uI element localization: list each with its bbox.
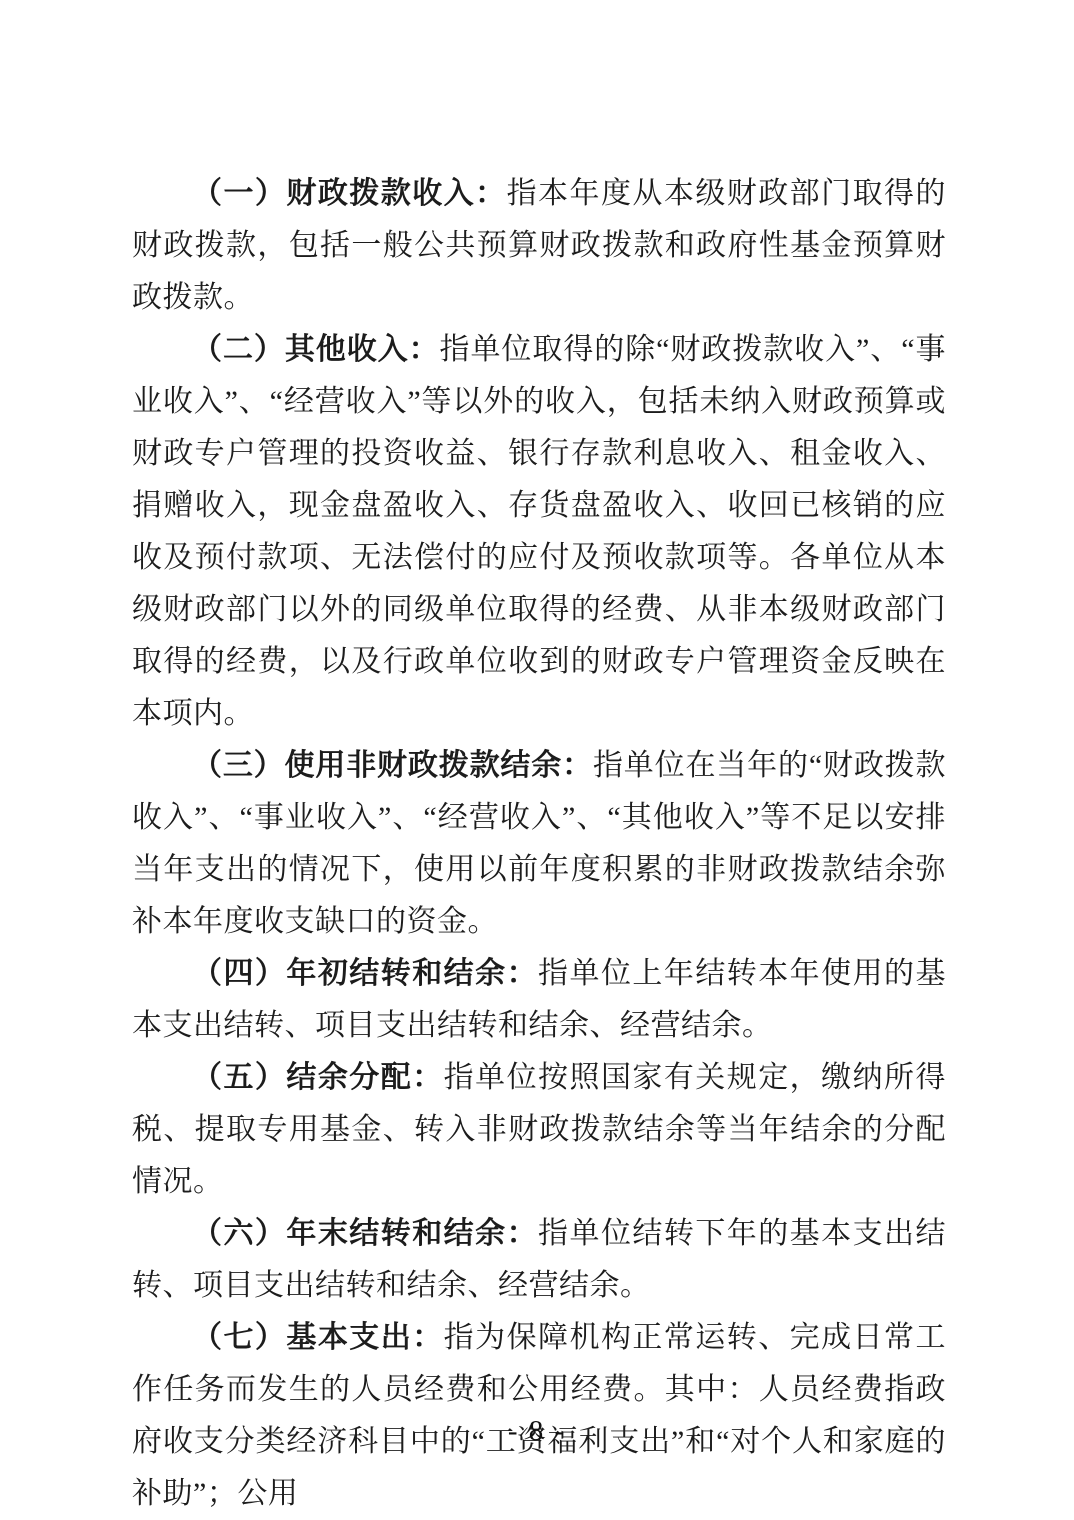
paragraph-balance-distribution: （五）结余分配：指单位按照国家有关规定，缴纳所得税、提取专用基金、转入非财政拨款… bbox=[132, 1052, 946, 1208]
term-label: （一）财政拨款收入： bbox=[192, 177, 507, 210]
term-label: （六）年末结转和结余： bbox=[192, 1217, 538, 1250]
paragraph-fiscal-appropriation-income: （一）财政拨款收入：指本年度从本级财政部门取得的财政拨款，包括一般公共预算财政拨… bbox=[132, 168, 946, 324]
paragraph-year-end-carryover: （六）年末结转和结余：指单位结转下年的基本支出结转、项目支出结转和结余、经营结余… bbox=[132, 1208, 946, 1312]
term-label: （七）基本支出： bbox=[192, 1321, 444, 1354]
page-number: - 8 - bbox=[508, 1415, 566, 1447]
paragraph-beginning-year-carryover: （四）年初结转和结余：指单位上年结转本年使用的基本支出结转、项目支出结转和结余、… bbox=[132, 948, 946, 1052]
term-label: （二）其他收入： bbox=[192, 333, 440, 366]
term-definition: 指单位取得的除“财政拨款收入”、“事业收入”、“经营收入”等以外的收入，包括未纳… bbox=[132, 333, 946, 730]
document-body: （一）财政拨款收入：指本年度从本级财政部门取得的财政拨款，包括一般公共预算财政拨… bbox=[132, 168, 946, 1520]
term-label: （四）年初结转和结余： bbox=[192, 957, 538, 990]
page-footer: - 8 - bbox=[0, 1415, 1074, 1448]
paragraph-use-of-non-fiscal-balance: （三）使用非财政拨款结余：指单位在当年的“财政拨款收入”、“事业收入”、“经营收… bbox=[132, 740, 946, 948]
term-label: （三）使用非财政拨款结余： bbox=[192, 749, 593, 782]
document-page: （一）财政拨款收入：指本年度从本级财政部门取得的财政拨款，包括一般公共预算财政拨… bbox=[0, 0, 1074, 1520]
paragraph-other-income: （二）其他收入：指单位取得的除“财政拨款收入”、“事业收入”、“经营收入”等以外… bbox=[132, 324, 946, 740]
term-label: （五）结余分配： bbox=[192, 1061, 444, 1094]
